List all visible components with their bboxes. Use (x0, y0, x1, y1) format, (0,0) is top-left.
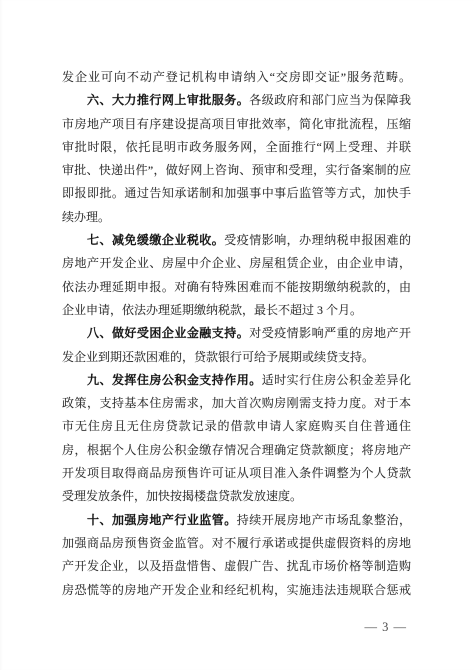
document-line: 房恐慌等的房地产开发企业和经纪机构，实施违法违规联合惩戒 (62, 579, 411, 602)
document-line: 六、大力推行网上审批服务。各级政府和部门应当为保障我 (62, 89, 411, 112)
document-line: 政策，支持基本住房需求，加大首次购房刚需支持力度。对于本 (62, 392, 411, 415)
document-line: 加强商品房预售资金监管。对不履行承诺或提供虚假资料的房地 (62, 532, 411, 555)
document-line: 开发项目取得商品房预售许可证从项目准入条件调整为个人贷款 (62, 462, 411, 485)
document-line: 市无住房且无住房贷款记录的借款申请人家庭购买自住普通住 (62, 415, 411, 438)
document-line: 依法办理延期申报。对确有特殊困难而不能按期缴纳税款的，由 (62, 276, 411, 299)
document-line: 九、发挥住房公积金支持作用。适时实行住房公积金差异化 (62, 369, 411, 392)
document-line: 七、减免缓缴企业税收。受疫情影响，办理纳税申报困难的 (62, 229, 411, 252)
document-line: 发企业到期还款困难的，贷款银行可给予展期或续贷支持。 (62, 346, 411, 369)
paragraph-heading: 六、大力推行网上审批服务。 (87, 93, 249, 107)
paragraph-heading: 九、发挥住房公积金支持作用。 (87, 373, 262, 387)
document-body: 发企业可向不动产登记机构申请纳入“交房即交证”服务范畴。六、大力推行网上审批服务… (62, 66, 411, 602)
document-line: 市房地产项目有序建设提高项目审批效率，简化审批流程，压缩 (62, 113, 411, 136)
document-line: 房地产开发企业、房屋中介企业、房屋租赁企业，由企业申请， (62, 252, 411, 275)
document-line: 产开发企业，以及捂盘惜售、虚假广告、扰乱市场价格等制造购 (62, 555, 411, 578)
page-number: — 3 — (0, 620, 407, 635)
document-line: 审批、快递出件”，做好网上咨询、预审和受理，实行备案制的应 (62, 159, 411, 182)
paragraph-heading: 八、做好受困企业金融支持。 (87, 326, 249, 340)
document-line: 房，根据个人住房公积金缴存情况合理确定贷款额度；将房地产 (62, 439, 411, 462)
document-line: 即报即批。通过告知承诺制和加强事中事后监管等方式，加快手 (62, 182, 411, 205)
paragraph-heading: 十、加强房地产行业监管。 (87, 513, 237, 527)
document-line: 八、做好受困企业金融支持。对受疫情影响严重的房地产开 (62, 322, 411, 345)
document-line: 企业申请，依法办理延期缴纳税款，最长不超过 3 个月。 (62, 299, 411, 322)
document-line: 十、加强房地产行业监管。持续开展房地产市场乱象整治， (62, 509, 411, 532)
document-line: 发企业可向不动产登记机构申请纳入“交房即交证”服务范畴。 (62, 66, 411, 89)
document-line: 受理发放条件，加快按揭楼盘贷款发放速度。 (62, 485, 411, 508)
scanned-document-page: 发企业可向不动产登记机构申请纳入“交房即交证”服务范畴。六、大力推行网上审批服务… (0, 0, 474, 670)
document-line: 审批时限，依托昆明市政务服务网，全面推行“网上受理、并联 (62, 136, 411, 159)
paragraph-heading: 七、减免缓缴企业税收。 (87, 233, 224, 247)
document-line: 续办理。 (62, 206, 411, 229)
